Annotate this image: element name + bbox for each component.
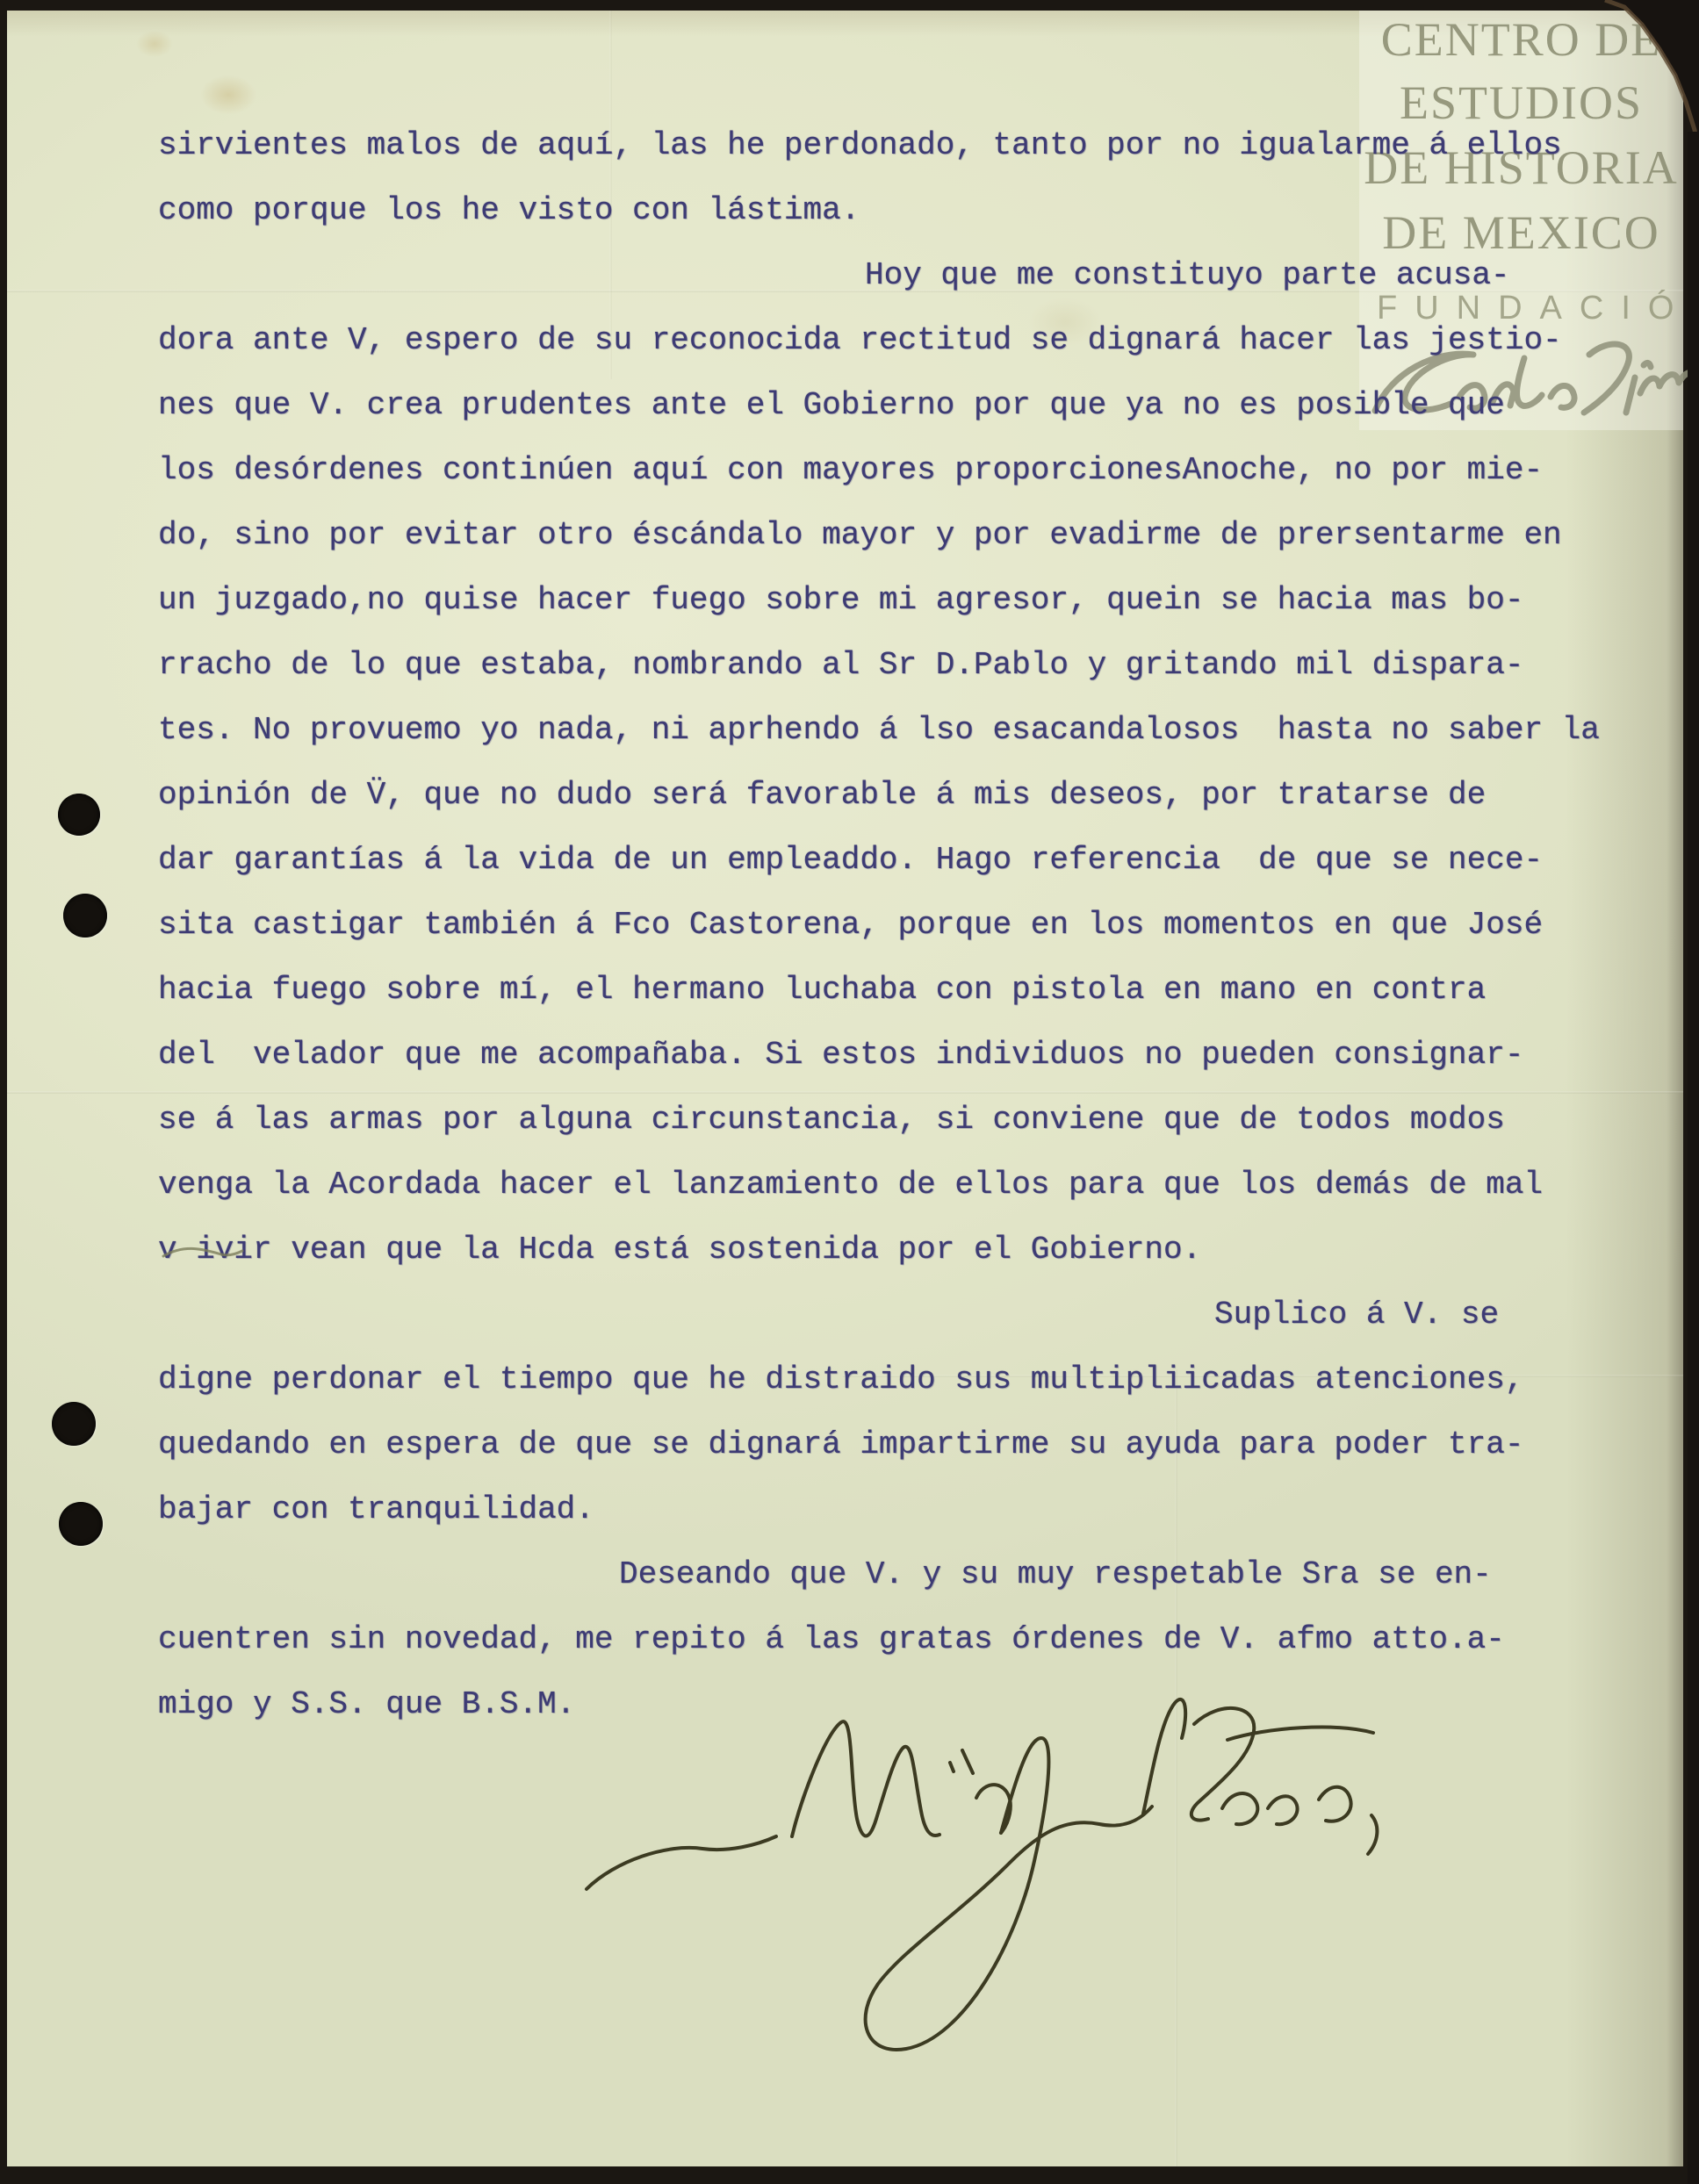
punch-hole (63, 894, 107, 938)
letter-line: un juzgado,no quise hacer fuego sobre mi… (158, 567, 1642, 632)
letter-text: sirvientes malos de aquí, las he perdona… (158, 112, 1642, 1736)
letter-line: los desórdenes continúen aquí con mayore… (158, 437, 1642, 502)
letter-line: hacia fuego sobre mí, el hermano luchaba… (158, 957, 1642, 1022)
letter-line: nes que V. crea prudentes ante el Gobier… (158, 372, 1642, 437)
letter-line: bajar con tranquilidad. (158, 1476, 1642, 1541)
letter-line: del velador que me acompañaba. Si estos … (158, 1022, 1642, 1087)
punch-hole (58, 794, 100, 836)
watermark-text-line: CENTRO DE (1333, 12, 1699, 67)
letter-line: dar garantías á la vida de un empleaddo.… (158, 827, 1642, 892)
scanned-letter-scene: CENTRO DEESTUDIOSDE HISTORIADE MEXICO FU… (0, 0, 1699, 2184)
letter-line: v ivir vean que la Hcda está sostenida p… (158, 1217, 1642, 1282)
pen-stroke-mark (158, 1233, 255, 1268)
letter-line: dora ante V, espero de su reconocida rec… (158, 307, 1642, 372)
letter-line: Hoy que me constituyo parte acusa- (158, 242, 1642, 307)
letter-line: venga la Acordada hacer el lanzamiento d… (158, 1152, 1642, 1217)
letter-line: cuentren sin novedad, me repito á las gr… (158, 1606, 1642, 1671)
letter-line: se á las armas por alguna circunstancia,… (158, 1087, 1642, 1152)
letter-line: rracho de lo que estaba, nombrando al Sr… (158, 632, 1642, 697)
letter-line: Deseando que V. y su muy respetable Sra … (158, 1541, 1642, 1606)
letter-line: quedando en espera de que se dignará imp… (158, 1412, 1642, 1476)
letter-line: do, sino por evitar otro éscándalo mayor… (158, 502, 1642, 567)
letter-line: opinión de V̈, que no dudo será favorabl… (158, 762, 1642, 827)
letter-line: sita castigar también á Fco Castorena, p… (158, 892, 1642, 957)
punch-hole (52, 1402, 96, 1446)
letter-line: Suplico á V. se (158, 1282, 1642, 1347)
sender-signature-miguel-soto (562, 1672, 1405, 2085)
letter-line: tes. No provuemo yo nada, ni aprhendo á … (158, 697, 1642, 762)
letter-line: sirvientes malos de aquí, las he perdona… (158, 112, 1642, 177)
punch-hole (59, 1502, 103, 1546)
letter-line: digne perdonar el tiempo que he distraid… (158, 1347, 1642, 1412)
letter-line: como porque los he visto con lástima. (158, 177, 1642, 242)
